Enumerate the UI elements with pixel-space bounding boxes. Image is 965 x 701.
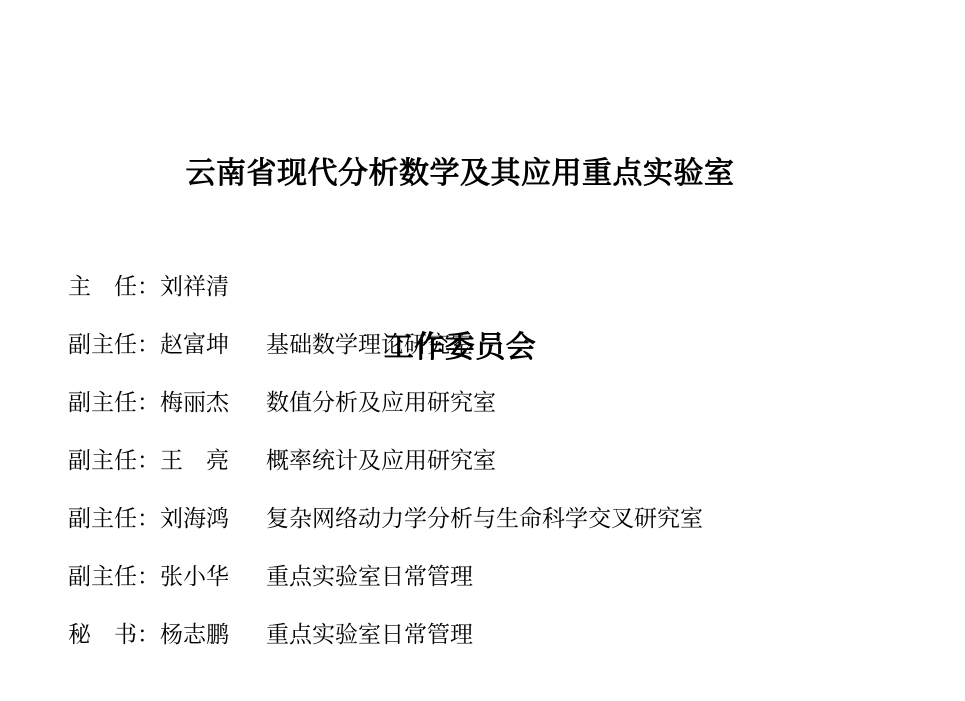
member-row: 主 任：刘祥清: [68, 255, 703, 313]
member-name: 刘祥清: [160, 268, 232, 301]
member-role: 副主任：: [68, 558, 160, 591]
member-dept: 数值分析及应用研究室: [266, 384, 496, 417]
member-name: 杨志鹏: [160, 616, 232, 649]
member-dept: 重点实验室日常管理: [266, 558, 473, 591]
member-row: 副主任：王 亮概率统计及应用研究室: [68, 429, 703, 487]
member-row: 副主任：赵富坤基础数学理论研究室: [68, 313, 703, 371]
member-role: 副主任：: [68, 326, 160, 359]
member-name: 赵富坤: [160, 326, 232, 359]
member-row: 副主任：梅丽杰数值分析及应用研究室: [68, 371, 703, 429]
member-row: 秘 书：杨志鹏重点实验室日常管理: [68, 603, 703, 661]
member-role: 秘 书：: [68, 616, 160, 649]
member-name: 梅丽杰: [160, 384, 232, 417]
member-name: 王 亮: [160, 442, 232, 475]
member-role: 副主任：: [68, 384, 160, 417]
member-row: 副主任：张小华重点实验室日常管理: [68, 545, 703, 603]
member-role: 副主任：: [68, 500, 160, 533]
document-page: 云南省现代分析数学及其应用重点实验室 工作委员会 主 任：刘祥清 副主任：赵富坤…: [0, 0, 965, 701]
member-dept: 重点实验室日常管理: [266, 616, 473, 649]
committee-member-list: 主 任：刘祥清 副主任：赵富坤基础数学理论研究室 副主任：梅丽杰数值分析及应用研…: [68, 255, 703, 661]
member-role: 主 任：: [68, 268, 160, 301]
member-name: 张小华: [160, 558, 232, 591]
member-name: 刘海鸿: [160, 500, 232, 533]
member-dept: 复杂网络动力学分析与生命科学交叉研究室: [266, 500, 703, 533]
member-row: 副主任：刘海鸿复杂网络动力学分析与生命科学交叉研究室: [68, 487, 703, 545]
member-dept: 基础数学理论研究室: [266, 326, 473, 359]
member-role: 副主任：: [68, 442, 160, 475]
title-line-1: 云南省现代分析数学及其应用重点实验室: [0, 145, 920, 203]
member-dept: 概率统计及应用研究室: [266, 442, 496, 475]
